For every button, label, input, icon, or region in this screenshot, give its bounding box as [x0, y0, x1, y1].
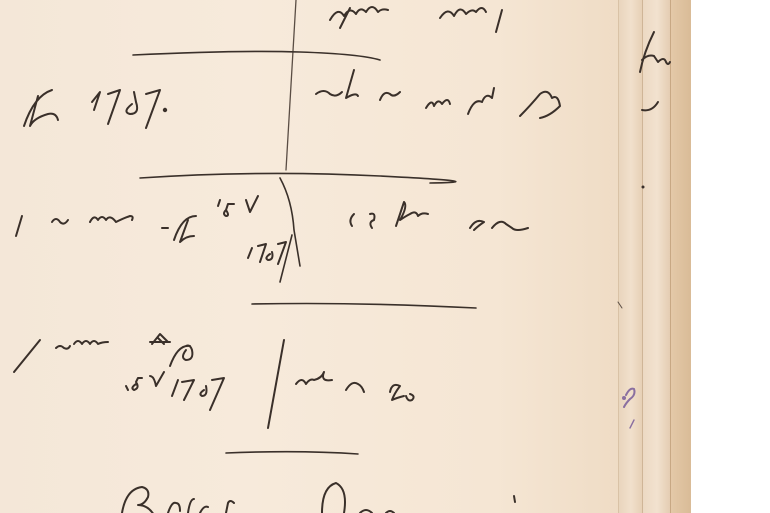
bottom-handwriting [122, 483, 515, 513]
column-divider-entry3 [268, 340, 284, 428]
entry1-left [24, 90, 166, 128]
rule-3 [252, 304, 476, 309]
entry3-right [296, 372, 414, 401]
handwriting-layer [0, 0, 770, 513]
entry1-right [316, 70, 560, 118]
edge-marks [618, 32, 670, 428]
rule-2 [140, 173, 456, 183]
entry2-right [350, 202, 528, 230]
rule-1 [133, 51, 380, 60]
column-divider-entry2 [280, 178, 300, 282]
rule-4 [226, 452, 358, 454]
entry2-left [16, 196, 286, 264]
entry3-left [14, 334, 224, 410]
column-divider-upper [286, 0, 296, 170]
top-shorthand [330, 7, 502, 32]
